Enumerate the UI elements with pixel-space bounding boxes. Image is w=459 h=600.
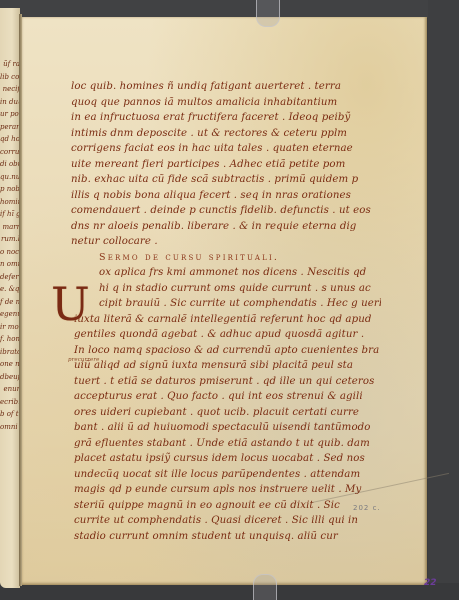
sermon-line: grã efluentes stabant . Unde etiã astand…	[71, 436, 381, 452]
sermon-line: ox aplica frs kmi ammonet nos dicens . N…	[71, 265, 381, 281]
facing-page-line: if hĩ g	[0, 210, 20, 218]
sermon-line: cipit brauiũ . Sic currite ut comphendat…	[71, 296, 381, 312]
sermon-line: currite ut comphendatis . Quasi diceret …	[71, 513, 381, 529]
facing-page-line: egenuf	[0, 310, 20, 318]
pencil-annotation: 202 c.	[353, 504, 381, 512]
facing-page-line: corrup	[0, 148, 20, 156]
facing-page-line: rum.l	[0, 235, 20, 243]
facing-page-line: necif	[0, 85, 20, 93]
facing-page-line: f. hom	[0, 335, 20, 343]
scan-background-top	[0, 0, 459, 18]
sermon-line: tuert . t etiã se daturos pmiserunt . qd…	[71, 374, 381, 390]
sermon-line: ores uideri cupiebant . quot ucib. placu…	[71, 405, 381, 421]
facing-page-line: deferr	[0, 273, 20, 281]
page-clip-bottom	[253, 574, 277, 600]
facing-page: ũf ralib colnecifin duquur polperanqd ho…	[0, 8, 20, 588]
facing-page-line: lib col	[0, 73, 20, 81]
marginal-gloss: precurrere	[68, 357, 99, 363]
facing-page-line: e. &qui	[0, 285, 20, 293]
facing-page-line: marr	[0, 223, 20, 231]
text-line: quoq que pannos iã multos amalicia inhab…	[71, 95, 381, 111]
sermon-rubric-heading: Sermo de cursu spirituali.	[71, 250, 381, 266]
text-line: corrigens faciat eos in hac uita tales .…	[71, 141, 381, 157]
facing-page-line: enur	[0, 385, 20, 393]
facing-page-line: one nc	[0, 360, 20, 368]
text-line: loc quib. homines ñ undiq fatigant auert…	[71, 79, 381, 95]
sermon-line: placet astatu ipsiỹ cursus idem locus uo…	[71, 451, 381, 467]
sermon-line: magis qd p eunde cursum apls nos instrue…	[71, 482, 381, 498]
sermon-line: steriũ quippe magnũ in eo agnouit ee cũ …	[71, 498, 381, 514]
facing-page-line: p nobi	[0, 185, 20, 193]
sermon-line: stadio currunt omnim student ut unquisq.…	[71, 529, 381, 545]
facing-page-line: f de mi	[0, 298, 20, 306]
main-text-column: loc quib. homines ñ undiq fatigant auert…	[71, 79, 381, 544]
facing-page-line: qd hom	[0, 135, 20, 143]
facing-page-line: ũf ra	[0, 60, 20, 68]
sermon-line: hi q in stadio currunt oms quide currunt…	[71, 281, 381, 297]
facing-page-line: peran	[0, 123, 20, 131]
decorated-initial: U	[51, 281, 90, 327]
facing-page-line: b of tri	[0, 410, 20, 418]
sermon-line: iuxta literã & carnalẽ intellegentiã ref…	[71, 312, 381, 328]
manuscript-folio: loc quib. homines ñ undiq fatigant auert…	[22, 17, 427, 585]
facing-page-line: ur pol	[0, 110, 20, 118]
sermon-line: uiũ aliqd ad signũ iuxta mensurã sibi pl…	[71, 358, 381, 374]
facing-page-line: o nocif	[0, 248, 20, 256]
facing-page-line: in duqu	[0, 98, 20, 106]
facing-page-line: di obu	[0, 160, 20, 168]
sermon-line: gentiles quondã agebat . & adhuc apud qu…	[71, 327, 381, 343]
facing-page-line: ecrib.f	[0, 398, 20, 406]
scan-background-bottom	[0, 583, 459, 600]
facing-page-line: ibrato	[0, 348, 20, 356]
text-line: nib. exhac uita cũ fide scã subtractis .…	[71, 172, 381, 188]
page-clip-top	[256, 0, 280, 27]
sermon-line: bant . alii ũ ad huiuomodi spectaculũ ui…	[71, 420, 381, 436]
sermon-text: ox aplica frs kmi ammonet nos dicens . N…	[71, 265, 381, 544]
folio-number-stamp: 22	[424, 578, 437, 588]
text-line: in ea infructuosa erat fructifera facere…	[71, 110, 381, 126]
scan-background-right	[428, 0, 459, 600]
text-line: comendauert . deinde p cunctis fidelib. …	[71, 203, 381, 219]
facing-page-line: homin	[0, 198, 20, 206]
text-line: netur collocare .	[71, 234, 381, 250]
sermon-line: undecũq uocat sit ille locus parũpendent…	[71, 467, 381, 483]
facing-page-line: qu.nu	[0, 173, 20, 181]
facing-page-line: dbeuf	[0, 373, 20, 381]
sermon-line: In loco namq spacioso & ad currendũ apto…	[71, 343, 381, 359]
text-line: dns nr aloeis penalib. liberare . & in r…	[71, 219, 381, 235]
facing-page-line: omni bl	[0, 423, 20, 431]
closing-text: loc quib. homines ñ undiq fatigant auert…	[71, 79, 381, 250]
text-line: intimis dnm deposcite . ut & rectores & …	[71, 126, 381, 142]
facing-page-line: ir mola	[0, 323, 20, 331]
sermon-line: accepturus erat . Quo facto . qui int eo…	[71, 389, 381, 405]
text-line: illis q nobis bona aliqua fecert . seq i…	[71, 188, 381, 204]
facing-page-line: n omni	[0, 260, 20, 268]
text-line: uite mereant fieri participes . Adhec et…	[71, 157, 381, 173]
